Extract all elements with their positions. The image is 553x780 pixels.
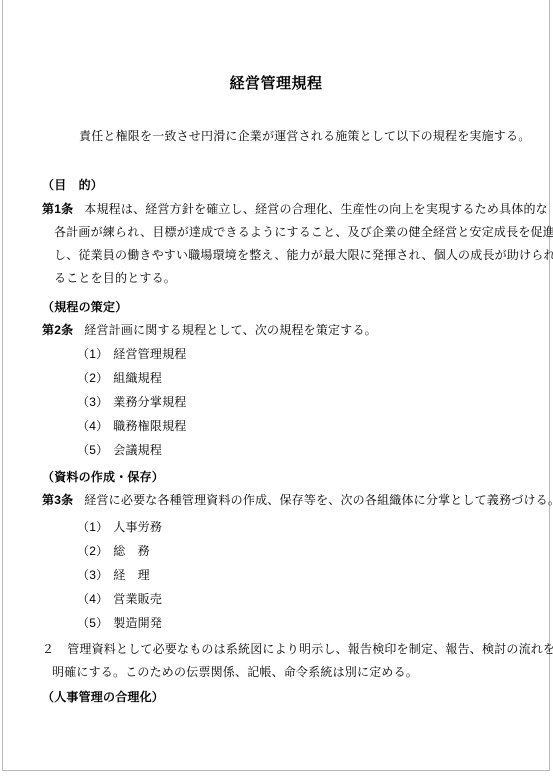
list-item: （5）製造開発 — [42, 611, 549, 635]
list-item: （3）業務分掌規程 — [42, 390, 549, 414]
item-label: （1） — [77, 347, 108, 361]
article-1-text: 本規程は、経営方針を確立し、経営の合理化、生産性の向上を実現するため具体的な — [84, 202, 548, 216]
section-heading-purpose: （目 的） — [42, 174, 549, 197]
article-2-line-1: 第2条経営計画に関する規程として、次の規程を策定する。 — [42, 319, 549, 342]
paragraph-2-line-2: 明確にする。このための伝票関係、記帳、命令系統は別に定める。 — [42, 661, 549, 684]
article-1-line-3: し、従業員の働きやすい職場環境を整え、能力が最大限に発揮され、個人の成長が助けら… — [42, 244, 549, 267]
paragraph-2-line-1: ２管理資料として必要なものは系統図により明示し、報告検印を制定、報告、検討の流れ… — [42, 638, 549, 661]
list-item: （1）人事労務 — [42, 515, 549, 539]
article-3-number: 第3条 — [42, 493, 73, 507]
list-item: （4）営業販売 — [42, 587, 549, 611]
item-label: （4） — [77, 419, 108, 433]
item-label: （3） — [77, 395, 108, 409]
item-text: 製造開発 — [113, 616, 162, 630]
list-item: （2）総 務 — [42, 539, 549, 563]
article-2-number: 第2条 — [42, 323, 73, 337]
section-heading-personnel: （人事管理の合理化） — [42, 686, 549, 709]
item-text: 職務権限規程 — [113, 419, 186, 433]
item-label: （2） — [77, 544, 108, 558]
item-text: 経営管理規程 — [113, 347, 186, 361]
list-item: （3）経 理 — [42, 563, 549, 587]
item-label: （4） — [77, 592, 108, 606]
section-heading-documents: （資料の作成・保存） — [42, 466, 549, 489]
article-3-line-1: 第3条経営に必要な各種管理資料の作成、保存等を、次の各組織体に分掌として義務づけ… — [42, 489, 549, 512]
item-text: 総 務 — [113, 544, 150, 558]
item-label: （1） — [77, 520, 108, 534]
article-1: 第1条本規程は、経営方針を確立し、経営の合理化、生産性の向上を実現するため具体的… — [42, 198, 549, 290]
article-3-paragraph-2: ２管理資料として必要なものは系統図により明示し、報告検印を制定、報告、検討の流れ… — [42, 638, 549, 684]
item-text: 営業販売 — [113, 592, 162, 606]
article-2-text: 経営計画に関する規程として、次の規程を策定する。 — [84, 323, 377, 337]
item-text: 業務分掌規程 — [113, 395, 186, 409]
item-label: （3） — [77, 568, 108, 582]
organization-list: （1）人事労務 （2）総 務 （3）経 理 （4）営業販売 （5）製造開発 — [42, 515, 549, 635]
item-text: 経 理 — [113, 568, 150, 582]
list-item: （4）職務権限規程 — [42, 414, 549, 438]
item-label: （5） — [77, 616, 108, 630]
article-1-line-4: ることを目的とする。 — [42, 267, 549, 290]
article-1-line-1: 第1条本規程は、経営方針を確立し、経営の合理化、生産性の向上を実現するため具体的… — [42, 198, 549, 221]
list-item: （1）経営管理規程 — [42, 342, 549, 366]
list-item: （2）組織規程 — [42, 366, 549, 390]
item-text: 人事労務 — [113, 520, 162, 534]
regulation-list: （1）経営管理規程 （2）組織規程 （3）業務分掌規程 （4）職務権限規程 （5… — [42, 342, 549, 462]
document-title: 経営管理規程 — [3, 74, 549, 94]
intro-paragraph: 責任と権限を一致させ円滑に企業が運営される施策として以下の規程を実施する。 — [42, 125, 549, 148]
item-text: 組織規程 — [113, 371, 162, 385]
article-1-number: 第1条 — [42, 202, 73, 216]
list-item: （5）会議規程 — [42, 438, 549, 462]
item-label: （5） — [77, 443, 108, 457]
article-2: 第2条経営計画に関する規程として、次の規程を策定する。 — [42, 319, 549, 342]
article-1-line-2: 各計画が練られ、目標が達成できるようにすること、及び企業の健全経営と安定成長を促… — [42, 221, 549, 244]
item-label: （2） — [77, 371, 108, 385]
article-3-text: 経営に必要な各種管理資料の作成、保存等を、次の各組織体に分掌として義務づける。 — [84, 493, 553, 507]
paragraph-2-text: 管理資料として必要なものは系統図により明示し、報告検印を制定、報告、検討の流れを — [67, 642, 553, 656]
document-page: 経営管理規程 責任と権限を一致させ円滑に企業が運営される施策として以下の規程を実… — [2, 0, 550, 771]
item-text: 会議規程 — [113, 443, 162, 457]
section-heading-regulations: （規程の策定） — [42, 296, 549, 319]
paragraph-2-number: ２ — [42, 642, 54, 656]
article-3: 第3条経営に必要な各種管理資料の作成、保存等を、次の各組織体に分掌として義務づけ… — [42, 489, 549, 512]
